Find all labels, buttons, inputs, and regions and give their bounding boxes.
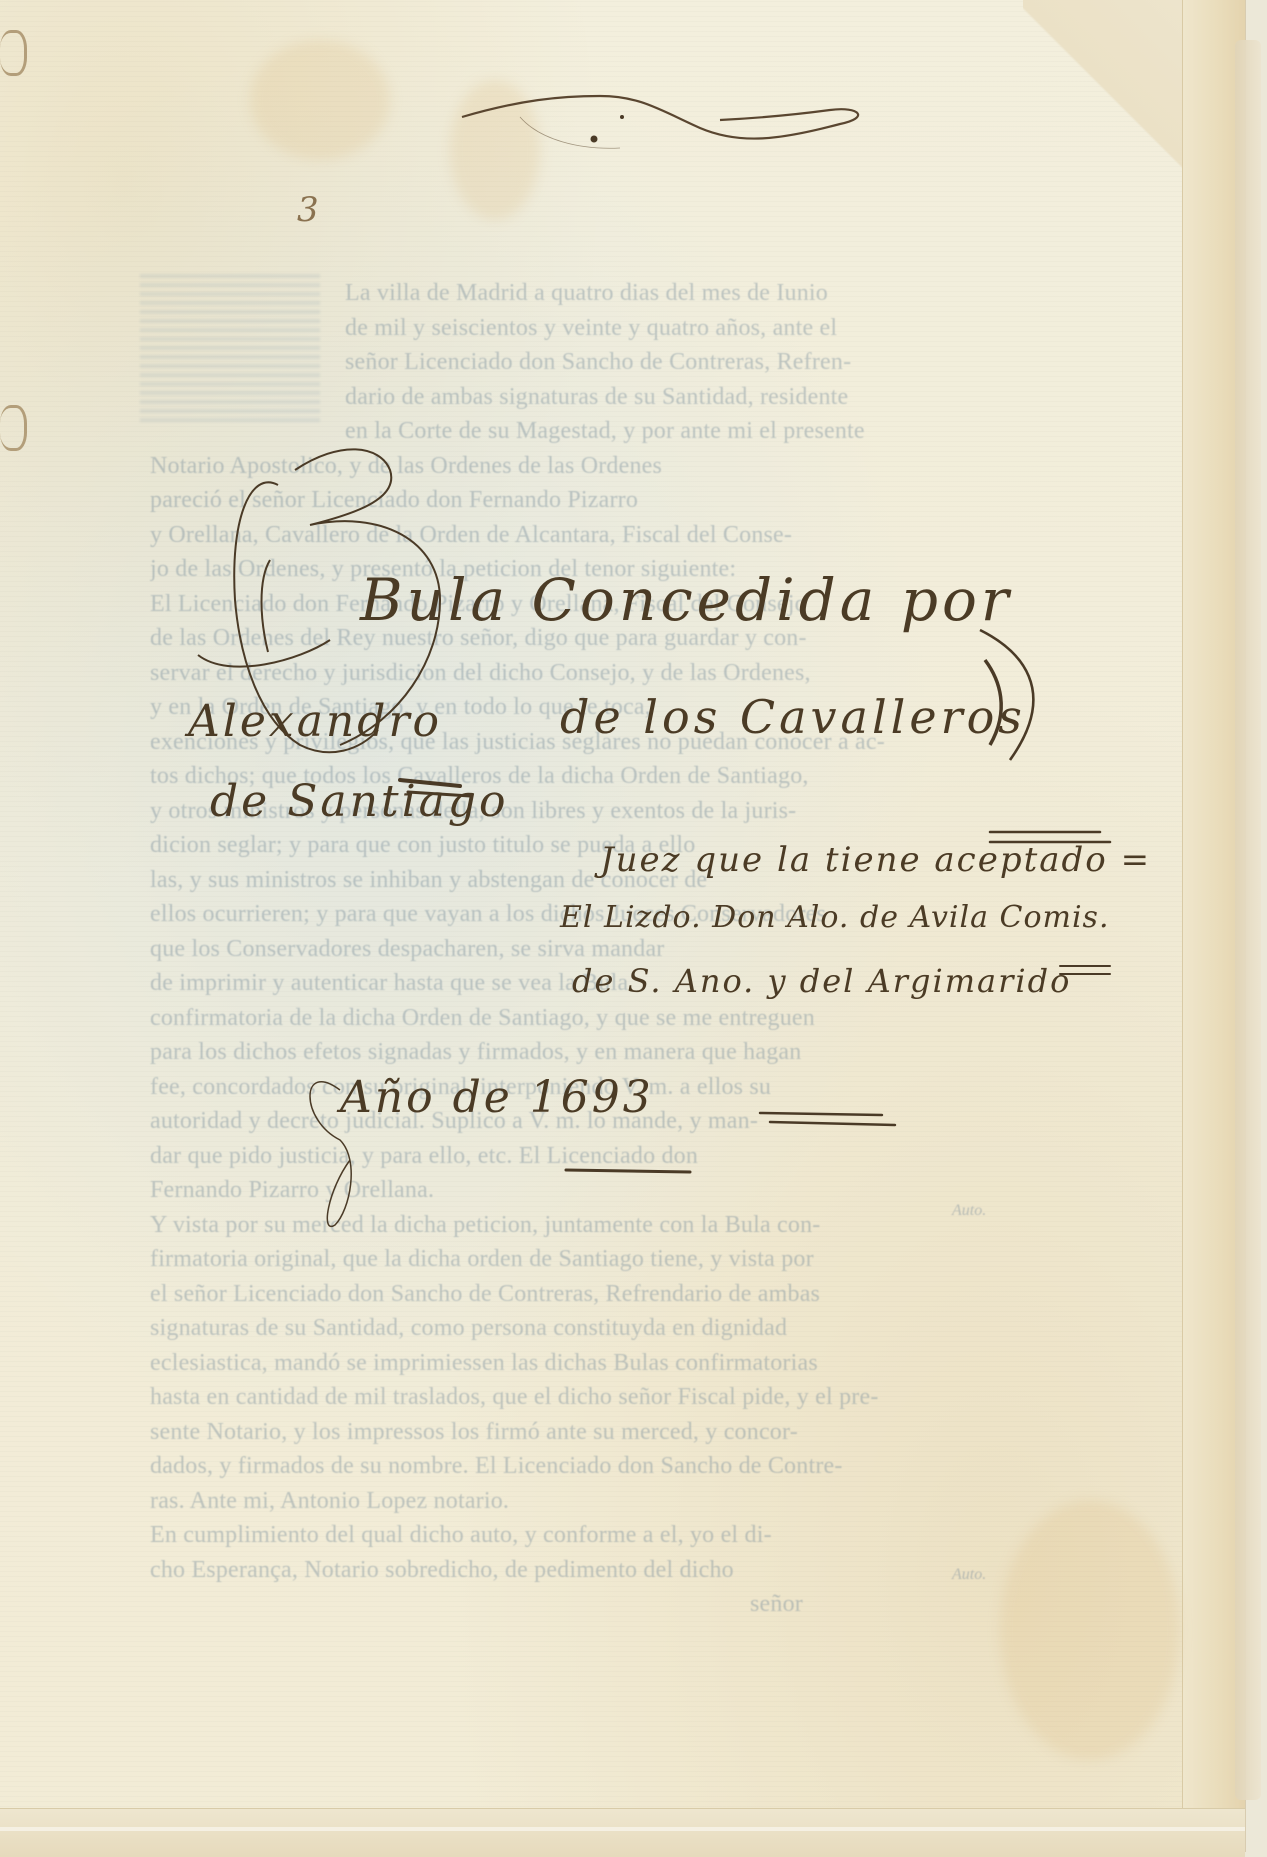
damaged-bottom-edge [0,1808,1245,1857]
print-line: sente Notario, y los impressos los firmó… [150,1415,930,1450]
folded-corner [1023,0,1183,180]
torn-edge-fragment [1235,40,1261,1800]
margin-note: Auto. [952,1202,986,1220]
print-line: Notario Apostolico, y de las Ordenes de … [150,449,930,484]
print-line: hasta en cantidad de mil traslados, que … [150,1380,930,1415]
print-line: Y vista por su merced la dicha peticion,… [150,1208,930,1243]
binding-thread [0,405,27,451]
folio-number: 3 [297,190,319,230]
handwritten-line-1: Bula Concedida por [360,566,1013,634]
print-line: y Orellana, Cavallero de la Orden de Alc… [150,518,930,553]
handwritten-line-2b: de los Cavalleros [560,690,1026,744]
print-line: firmatoria original, que la dicha orden … [150,1242,930,1277]
margin-note: Auto. [952,1566,986,1584]
print-line: en la Corte de su Magestad, y por ante m… [150,414,930,449]
handwritten-line-3a: de Santiago [210,776,509,827]
handwritten-line-6: de S. Ano. y del Argimarido [572,962,1071,1000]
print-line: para los dichos efetos signadas y firmad… [150,1035,930,1070]
print-line: de mil y seiscientos y veinte y quatro a… [150,311,930,346]
print-line: dario de ambas signaturas de su Santidad… [150,380,930,415]
print-line: servar el derecho y jurisdicion del dich… [150,656,930,691]
print-line: La villa de Madrid a quatro dias del mes… [150,276,930,311]
handwritten-line-2a: Alexandro [188,696,442,747]
foxing-stain [1000,1500,1180,1760]
binding-thread [0,30,27,76]
print-line: eclesiastica, mandó se imprimiessen las … [150,1346,930,1381]
print-line: señor Licenciado don Sancho de Contreras… [150,345,930,380]
scanned-page: La villa de Madrid a quatro dias del mes… [0,0,1267,1857]
print-line: confirmatoria de la dicha Orden de Santi… [150,1001,930,1036]
print-line: que los Conservadores despacharen, se si… [150,932,930,967]
print-line: signaturas de su Santidad, como persona … [150,1311,930,1346]
show-through-text: La villa de Madrid a quatro dias del mes… [150,276,930,1622]
print-line: dados, y firmados de su nombre. El Licen… [150,1449,930,1484]
print-line: Fernando Pizarro y Orellana. [150,1173,930,1208]
print-line: el señor Licenciado don Sancho de Contre… [150,1277,930,1312]
print-line: En cumplimiento del qual dicho auto, y c… [150,1518,930,1553]
handwritten-line-4: Juez que la tiene aceptado = [600,840,1151,880]
print-line: señor [150,1587,930,1622]
print-line: ras. Ante mi, Antonio Lopez notario. [150,1484,930,1519]
print-line: pareció el señor Licenciado don Fernando… [150,483,930,518]
handwritten-line-5: El Lizdo. Don Alo. de Avila Comis. [560,900,1110,935]
print-line: dar que pido justicia, y para ello, etc.… [150,1139,930,1174]
foxing-stain [250,40,390,160]
handwritten-line-7: Año de 1693 [340,1072,654,1123]
print-line: cho Esperança, Notario sobredicho, de pe… [150,1553,930,1588]
foxing-stain [450,80,540,220]
